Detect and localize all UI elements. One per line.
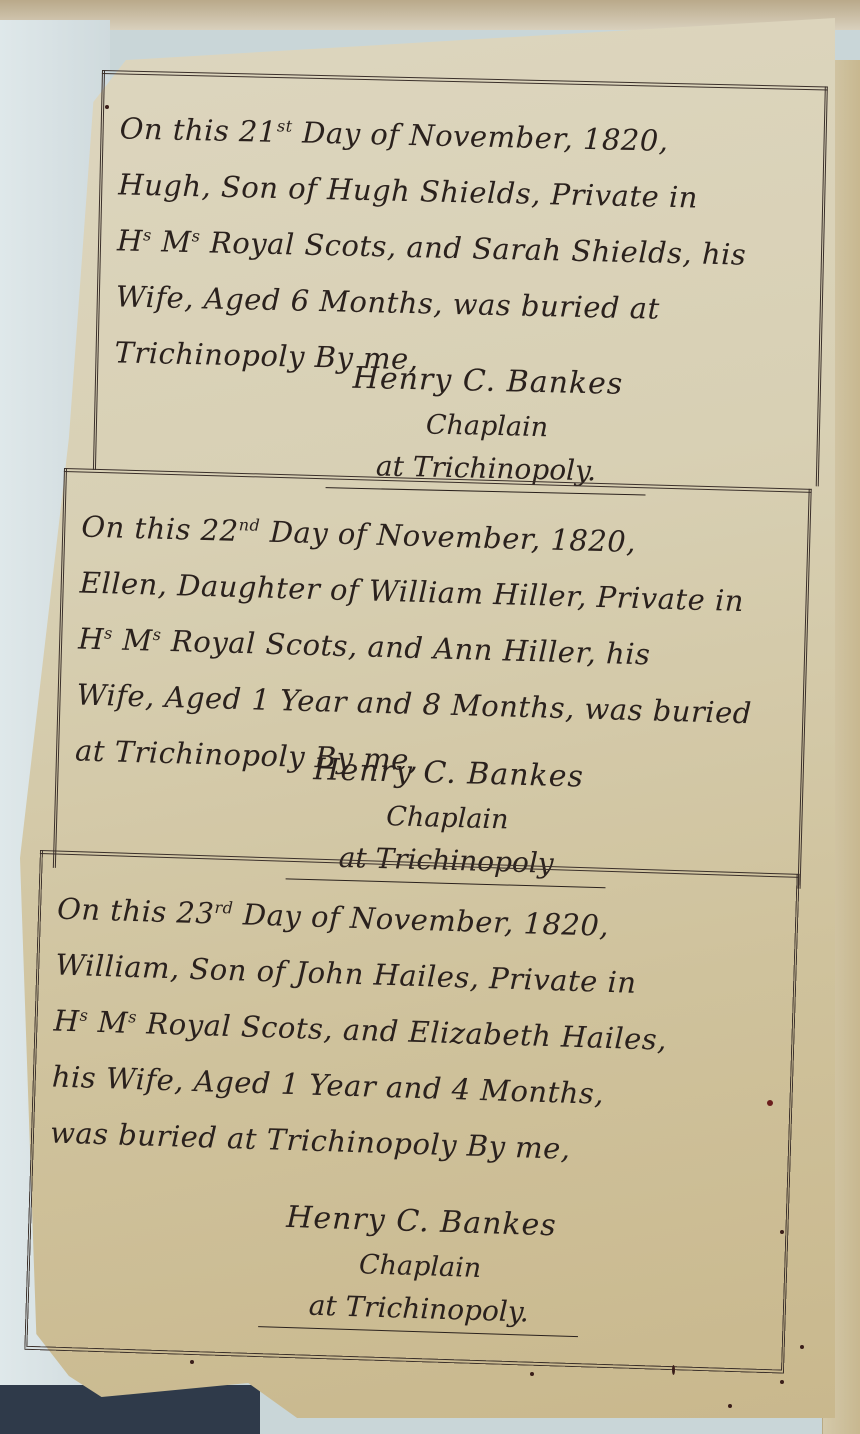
signature-name: Henry C. Bankes: [327, 353, 648, 410]
ink-speck: [672, 1365, 675, 1375]
entry-text: On this 23rd Day of November, 1820, Will…: [49, 881, 771, 1183]
ink-speck: [767, 1100, 773, 1106]
entry-text: On this 21st Day of November, 1820, Hugh…: [114, 100, 800, 395]
burial-entry-1: On this 21st Day of November, 1820, Hugh…: [93, 70, 828, 486]
burial-entry-3: On this 23rd Day of November, 1820, Will…: [24, 850, 799, 1374]
chaplain-signature: Henry C. Bankes Chaplain at Trichinopoly…: [326, 353, 649, 495]
ink-speck: [800, 1345, 804, 1349]
burial-entry-2: On this 22nd Day of November, 1820, Elle…: [53, 468, 812, 889]
signature-name: Henry C. Bankes: [261, 1192, 582, 1252]
burial-register: On this 21st Day of November, 1820, Hugh…: [40, 70, 830, 1360]
ink-speck: [780, 1230, 784, 1234]
ink-speck: [530, 1372, 534, 1376]
chaplain-signature: Henry C. Bankes Chaplain at Trichinopoly…: [258, 1192, 582, 1337]
ink-speck: [105, 105, 109, 109]
signature-place: at Trichinopoly.: [258, 1282, 579, 1337]
ink-speck: [728, 1404, 732, 1408]
signature-name: Henry C. Bankes: [288, 744, 609, 803]
ink-speck: [190, 1360, 194, 1364]
ink-speck: [780, 1380, 784, 1384]
